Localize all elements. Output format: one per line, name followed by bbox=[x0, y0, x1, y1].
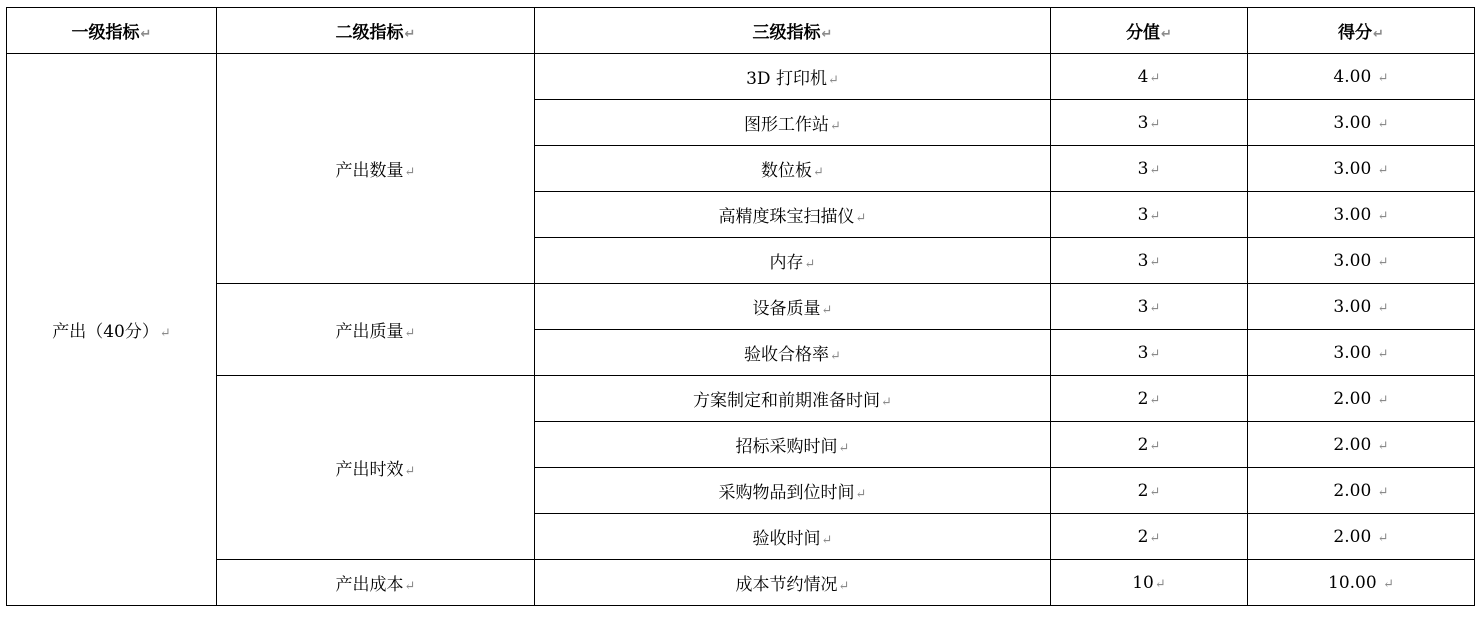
score-cell: 3.00 ↵ bbox=[1248, 192, 1475, 238]
paragraph-mark-icon: ↵ bbox=[1149, 531, 1160, 546]
paragraph-mark-icon: ↵ bbox=[1378, 71, 1389, 86]
score-cell: 3.00 ↵ bbox=[1248, 238, 1475, 284]
paragraph-mark-icon: ↵ bbox=[1149, 163, 1160, 178]
score-cell: 10.00 ↵ bbox=[1248, 560, 1475, 606]
value-cell: 4↵ bbox=[1051, 54, 1248, 100]
value-cell: 2↵ bbox=[1051, 376, 1248, 422]
paragraph-mark-icon: ↵ bbox=[1149, 209, 1160, 224]
paragraph-mark-icon: ↵ bbox=[1149, 71, 1160, 86]
value-cell: 3↵ bbox=[1051, 284, 1248, 330]
level2-cell: 产出质量↵ bbox=[217, 284, 535, 376]
paragraph-mark-icon: ↵ bbox=[405, 326, 416, 341]
score-cell: 2.00 ↵ bbox=[1248, 514, 1475, 560]
value-cell: 2↵ bbox=[1051, 422, 1248, 468]
score-table: 一级指标↵ 二级指标↵ 三级指标↵ 分值↵ 得分↵ 产出（40分）↵产出数量↵3… bbox=[6, 7, 1475, 606]
paragraph-mark-icon: ↵ bbox=[1378, 485, 1389, 500]
paragraph-mark-icon: ↵ bbox=[1378, 209, 1389, 224]
paragraph-mark-icon: ↵ bbox=[856, 487, 867, 502]
paragraph-mark-icon: ↵ bbox=[1149, 117, 1160, 132]
paragraph-mark-icon: ↵ bbox=[813, 165, 824, 180]
value-cell: 10↵ bbox=[1051, 560, 1248, 606]
paragraph-mark-icon: ↵ bbox=[830, 349, 841, 364]
paragraph-mark-icon: ↵ bbox=[1378, 301, 1389, 316]
paragraph-mark-icon: ↵ bbox=[1378, 439, 1389, 454]
paragraph-mark-icon: ↵ bbox=[141, 27, 152, 42]
paragraph-mark-icon: ↵ bbox=[405, 27, 416, 42]
paragraph-mark-icon: ↵ bbox=[1378, 531, 1389, 546]
level3-cell: 设备质量↵ bbox=[535, 284, 1051, 330]
score-cell: 3.00 ↵ bbox=[1248, 100, 1475, 146]
value-cell: 3↵ bbox=[1051, 192, 1248, 238]
paragraph-mark-icon: ↵ bbox=[839, 441, 850, 456]
score-cell: 2.00 ↵ bbox=[1248, 468, 1475, 514]
score-cell: 4.00 ↵ bbox=[1248, 54, 1475, 100]
paragraph-mark-icon: ↵ bbox=[405, 165, 416, 180]
value-cell: 3↵ bbox=[1051, 330, 1248, 376]
level3-cell: 采购物品到位时间↵ bbox=[535, 468, 1051, 514]
level2-cell: 产出数量↵ bbox=[217, 54, 535, 284]
paragraph-mark-icon: ↵ bbox=[830, 119, 841, 134]
score-cell: 2.00 ↵ bbox=[1248, 422, 1475, 468]
value-cell: 3↵ bbox=[1051, 146, 1248, 192]
paragraph-mark-icon: ↵ bbox=[1155, 577, 1166, 592]
level3-cell: 内存↵ bbox=[535, 238, 1051, 284]
paragraph-mark-icon: ↵ bbox=[822, 303, 833, 318]
paragraph-mark-icon: ↵ bbox=[805, 257, 816, 272]
paragraph-mark-icon: ↵ bbox=[1149, 485, 1160, 500]
paragraph-mark-icon: ↵ bbox=[822, 27, 833, 42]
level3-cell: 3D 打印机↵ bbox=[535, 54, 1051, 100]
paragraph-mark-icon: ↵ bbox=[822, 533, 833, 548]
paragraph-mark-icon: ↵ bbox=[828, 73, 839, 88]
level2-cell: 产出成本↵ bbox=[217, 560, 535, 606]
header-row: 一级指标↵ 二级指标↵ 三级指标↵ 分值↵ 得分↵ bbox=[7, 8, 1475, 54]
header-level1: 一级指标↵ bbox=[7, 8, 217, 54]
score-cell: 3.00 ↵ bbox=[1248, 284, 1475, 330]
score-cell: 3.00 ↵ bbox=[1248, 330, 1475, 376]
score-cell: 3.00 ↵ bbox=[1248, 146, 1475, 192]
paragraph-mark-icon: ↵ bbox=[1378, 163, 1389, 178]
level3-cell: 图形工作站↵ bbox=[535, 100, 1051, 146]
paragraph-mark-icon: ↵ bbox=[1378, 255, 1389, 270]
header-value: 分值↵ bbox=[1051, 8, 1248, 54]
paragraph-mark-icon: ↵ bbox=[1149, 439, 1160, 454]
level3-cell: 数位板↵ bbox=[535, 146, 1051, 192]
paragraph-mark-icon: ↵ bbox=[160, 326, 171, 341]
value-cell: 3↵ bbox=[1051, 238, 1248, 284]
paragraph-mark-icon: ↵ bbox=[1383, 577, 1394, 592]
table-body: 产出（40分）↵产出数量↵3D 打印机↵4↵4.00 ↵图形工作站↵3↵3.00… bbox=[7, 54, 1475, 606]
paragraph-mark-icon: ↵ bbox=[1378, 393, 1389, 408]
table-row: 产出质量↵设备质量↵3↵3.00 ↵ bbox=[7, 284, 1475, 330]
paragraph-mark-icon: ↵ bbox=[1149, 255, 1160, 270]
paragraph-mark-icon: ↵ bbox=[1149, 347, 1160, 362]
paragraph-mark-icon: ↵ bbox=[1149, 393, 1160, 408]
header-score: 得分↵ bbox=[1248, 8, 1475, 54]
paragraph-mark-icon: ↵ bbox=[405, 579, 416, 594]
paragraph-mark-icon: ↵ bbox=[881, 395, 892, 410]
paragraph-mark-icon: ↵ bbox=[1378, 347, 1389, 362]
value-cell: 2↵ bbox=[1051, 468, 1248, 514]
paragraph-mark-icon: ↵ bbox=[1373, 27, 1384, 42]
level3-cell: 验收时间↵ bbox=[535, 514, 1051, 560]
level3-cell: 招标采购时间↵ bbox=[535, 422, 1051, 468]
header-level3: 三级指标↵ bbox=[535, 8, 1051, 54]
level1-cell: 产出（40分）↵ bbox=[7, 54, 217, 606]
level3-cell: 成本节约情况↵ bbox=[535, 560, 1051, 606]
paragraph-mark-icon: ↵ bbox=[1161, 27, 1172, 42]
level2-cell: 产出时效↵ bbox=[217, 376, 535, 560]
level3-cell: 高精度珠宝扫描仪↵ bbox=[535, 192, 1051, 238]
table-row: 产出成本↵成本节约情况↵10↵10.00 ↵ bbox=[7, 560, 1475, 606]
level3-cell: 方案制定和前期准备时间↵ bbox=[535, 376, 1051, 422]
value-cell: 2↵ bbox=[1051, 514, 1248, 560]
table-row: 产出时效↵方案制定和前期准备时间↵2↵2.00 ↵ bbox=[7, 376, 1475, 422]
table-row: 产出（40分）↵产出数量↵3D 打印机↵4↵4.00 ↵ bbox=[7, 54, 1475, 100]
paragraph-mark-icon: ↵ bbox=[405, 464, 416, 479]
level3-cell: 验收合格率↵ bbox=[535, 330, 1051, 376]
paragraph-mark-icon: ↵ bbox=[839, 579, 850, 594]
paragraph-mark-icon: ↵ bbox=[1378, 117, 1389, 132]
value-cell: 3↵ bbox=[1051, 100, 1248, 146]
header-level2: 二级指标↵ bbox=[217, 8, 535, 54]
paragraph-mark-icon: ↵ bbox=[856, 211, 867, 226]
paragraph-mark-icon: ↵ bbox=[1149, 301, 1160, 316]
score-cell: 2.00 ↵ bbox=[1248, 376, 1475, 422]
